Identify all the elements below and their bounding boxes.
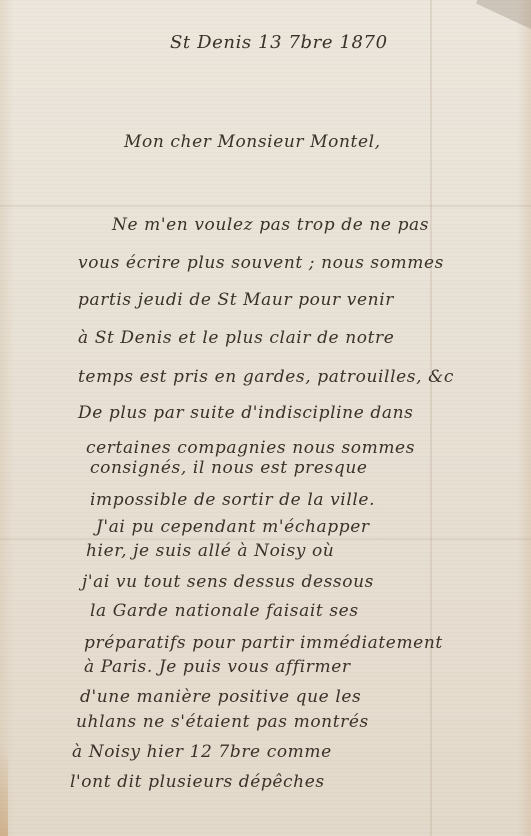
paper-fold-vertical — [430, 0, 432, 836]
paper-fold-horizontal — [0, 538, 531, 540]
letter-line: impossible de sortir de la ville. — [90, 490, 375, 510]
letter-line: vous écrire plus souvent ; nous sommes — [78, 253, 444, 273]
letter-line: à Noisy hier 12 7bre comme — [72, 742, 332, 762]
folded-corner — [476, 0, 531, 33]
letter-line: à Paris. Je puis vous affirmer — [84, 657, 351, 677]
letter-line: partis jeudi de St Maur pour venir — [78, 290, 394, 310]
letter-line: certaines compagnies nous sommes — [86, 438, 415, 458]
letter-line: l'ont dit plusieurs dépêches — [70, 772, 325, 792]
letter-salutation: Mon cher Monsieur Montel, — [124, 132, 381, 152]
letter-line: j'ai vu tout sens dessus dessous — [82, 572, 374, 592]
letter-line: à St Denis et le plus clair de notre — [78, 328, 394, 348]
letter-line: De plus par suite d'indiscipline dans — [78, 403, 413, 423]
letter-line: uhlans ne s'étaient pas montrés — [76, 712, 369, 732]
letter-line: consignés, il nous est presque — [90, 458, 368, 478]
letter-line: J'ai pu cependant m'échapper — [96, 517, 370, 537]
letter-line: la Garde nationale faisait ses — [90, 601, 359, 621]
letter-line: Ne m'en voulez pas trop de ne pas — [112, 215, 429, 235]
letter-line: temps est pris en gardes, patrouilles, &… — [78, 367, 454, 387]
letter-dateline: St Denis 13 7bre 1870 — [170, 32, 388, 53]
letter-page: St Denis 13 7bre 1870 Mon cher Monsieur … — [0, 0, 531, 836]
letter-line: préparatifs pour partir immédiatement — [84, 633, 443, 653]
paper-fold-horizontal — [0, 205, 531, 207]
letter-line: hier, je suis allé à Noisy où — [86, 541, 334, 561]
edge-stain — [0, 746, 8, 836]
letter-line: d'une manière positive que les — [80, 687, 361, 707]
